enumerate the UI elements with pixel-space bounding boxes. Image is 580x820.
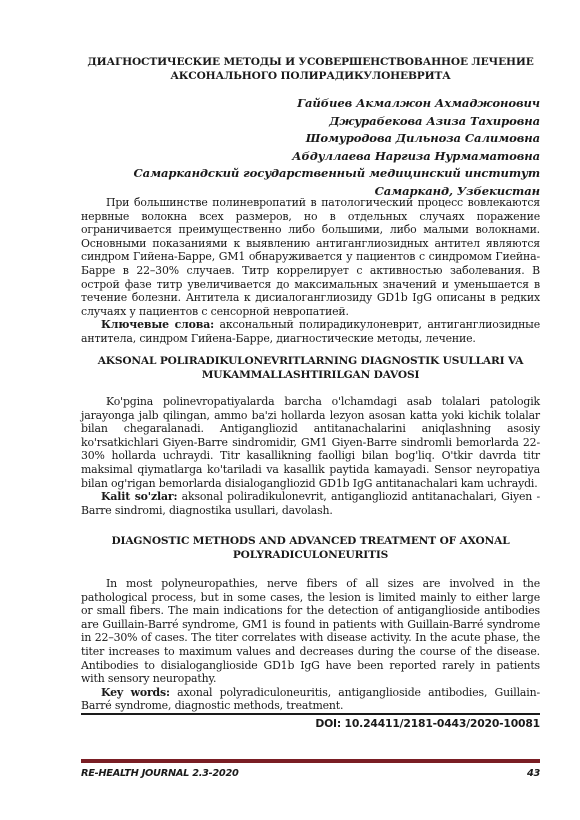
ru-abstract-section: При большинстве полиневропатий в патолог…: [81, 196, 540, 346]
ru-keywords-label: Ключевые слова:: [101, 318, 214, 331]
doi-link[interactable]: DOI: 10.24411/2181-0443/2020-10081: [81, 717, 540, 731]
doi-divider: [81, 713, 540, 715]
en-keywords-label: Key words:: [101, 686, 170, 699]
author-name: Шомуродова Дильноза Салимовна: [81, 130, 540, 148]
uz-title-line-1: AKSONAL POLIRADIKULONEVRITLARNING DIAGNO…: [81, 355, 540, 369]
institution: Самаркандский государственный медицински…: [81, 165, 540, 183]
author-name: Абдуллаева Наргиза Нурмаматовна: [81, 148, 540, 166]
en-abstract-section: In most polyneuropathies, nerve fibers o…: [81, 577, 540, 713]
author-name: Джурабекова Азиза Тахировна: [81, 113, 540, 131]
uz-abstract: Ko'pgina polinevropatiyalarda barcha o'l…: [81, 395, 540, 490]
footer-divider: [81, 759, 540, 763]
uz-title-line-2: MUKAMMALLASHTIRILGAN DAVOSI: [81, 369, 540, 383]
ru-keywords: Ключевые слова: аксональный полирадикуло…: [81, 318, 540, 345]
ru-title-line-1: ДИАГНОСТИЧЕСКИЕ МЕТОДЫ И УСОВЕРШЕНСТВОВА…: [81, 56, 540, 70]
en-title: DIAGNOSTIC METHODS AND ADVANCED TREATMEN…: [81, 535, 540, 562]
page-number: 43: [527, 767, 540, 781]
uz-title: AKSONAL POLIRADIKULONEVRITLARNING DIAGNO…: [81, 355, 540, 382]
en-abstract: In most polyneuropathies, nerve fibers o…: [81, 577, 540, 686]
page-footer: RE-HEALTH JOURNAL 2.3-2020 43: [81, 767, 540, 781]
ru-title: ДИАГНОСТИЧЕСКИЕ МЕТОДЫ И УСОВЕРШЕНСТВОВА…: [81, 56, 540, 83]
uz-abstract-section: Ko'pgina polinevropatiyalarda barcha o'l…: [81, 395, 540, 517]
ru-abstract: При большинстве полиневропатий в патолог…: [81, 196, 540, 318]
uz-keywords-label: Kalit so'zlar:: [101, 490, 177, 503]
en-title-line-1: DIAGNOSTIC METHODS AND ADVANCED TREATMEN…: [81, 535, 540, 549]
en-keywords: Key words: axonal polyradiculoneuritis, …: [81, 686, 540, 713]
uz-keywords: Kalit so'zlar: aksonal poliradikulonevri…: [81, 490, 540, 517]
author-name: Гайбиев Акмалжон Ахмаджонович: [81, 95, 540, 113]
ru-title-line-2: АКСОНАЛЬНОГО ПОЛИРАДИКУЛОНЕВРИТА: [81, 70, 540, 84]
author-block: Гайбиев Акмалжон Ахмаджонович Джурабеков…: [81, 95, 540, 200]
journal-name: RE-HEALTH JOURNAL 2.3-2020: [81, 767, 238, 781]
en-title-line-2: POLYRADICULONEURITIS: [81, 549, 540, 563]
